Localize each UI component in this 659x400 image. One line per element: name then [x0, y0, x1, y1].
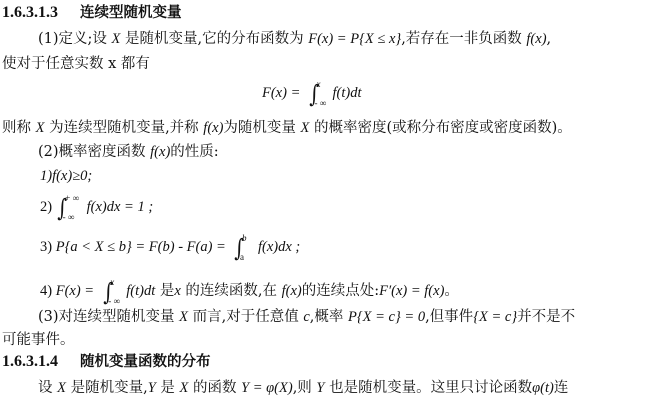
definition-formula: F(x) = ∫x- ∞f(t)dt [262, 84, 362, 103]
text: 也是随机变量。这里只讨论函数 [325, 380, 533, 396]
text: ,概率 [310, 309, 348, 325]
text: 则称 [2, 120, 36, 136]
integral-limits: x- ∞ [317, 84, 335, 102]
math-expr: F(x) = P{X ≤ x} [308, 31, 401, 47]
math-expr: F′(x) = f(x) [379, 283, 444, 299]
integral-limits: + ∞- ∞ [65, 198, 83, 216]
text: (1)定义;设 [38, 31, 112, 47]
math-rhs: f(t)dt [333, 85, 362, 101]
text: 连 [554, 380, 569, 396]
math-expr: φ(t) [532, 380, 554, 396]
text: 为随机变量 [223, 120, 300, 136]
upper-limit: x [110, 273, 114, 291]
lower-limit: - ∞ [63, 208, 75, 226]
math-expr: f(x) [282, 283, 302, 299]
text: 为连续型随机变量,并称 [44, 120, 203, 136]
section-heading-continuous-rv: 1.6.3.1.3连续型随机变量 [2, 4, 182, 22]
property-2: 2)∫+ ∞- ∞f(x)dx = 1 ; [40, 198, 153, 217]
section-title: 连续型随机变量 [80, 4, 182, 21]
text: ,但事件 [425, 309, 473, 325]
text: 的性质: [170, 144, 218, 160]
text: 的连续点处: [302, 283, 379, 299]
math-var: Y [316, 380, 324, 396]
definition-line-3: 则称 X 为连续型随机变量,并称 f(x)为随机变量 X 的概率密度(或称分布密… [2, 119, 572, 137]
math-expr: 1)f(x)≥0; [40, 168, 92, 184]
math-var: Y [148, 380, 156, 396]
note-3-line-1: (3)对连续型随机变量 X 而言,对于任意值 c,概率 P{X = c} = 0… [38, 308, 575, 326]
text: 设 [38, 380, 57, 396]
text: ,则 [293, 380, 317, 396]
section-title: 随机变量函数的分布 [80, 353, 211, 370]
math-var: X [179, 309, 188, 325]
text: 是 [156, 380, 180, 396]
integral-limits: x- ∞ [110, 282, 128, 300]
section-number: 1.6.3.1.4 [2, 353, 58, 370]
math-expr: f(x) [150, 144, 170, 160]
lower-limit: a [240, 248, 244, 266]
math-rhs: f(x)dx ; [258, 239, 300, 255]
math-lhs: P{a < X ≤ b} = F(b) - F(a) = [56, 239, 230, 255]
text: (2)概率密度函数 [38, 144, 150, 160]
section-number: 1.6.3.1.3 [2, 4, 58, 21]
section-heading-function-distribution: 1.6.3.1.4随机变量函数的分布 [2, 353, 211, 371]
item-label: 2) [40, 199, 52, 215]
math-var: X [179, 380, 188, 396]
item-label: 4) [40, 283, 56, 299]
item-label: 3) [40, 239, 56, 255]
math-lhs: F(x) = [56, 283, 98, 299]
text: (3)对连续型随机变量 [38, 309, 179, 325]
text: 并不是不 [517, 309, 575, 325]
math-expr: Y = φ(X) [241, 380, 293, 396]
math-expr: P{X = c} = 0 [348, 309, 425, 325]
math-rhs: f(x)dx = 1 ; [87, 199, 154, 215]
property-4: 4) F(x) = ∫x- ∞f(t)dt 是x 的连续函数,在 f(x)的连续… [40, 282, 459, 301]
text: 的概率密度(或称分布密度或密度函数)。 [309, 120, 571, 136]
text: 是 [155, 283, 174, 299]
definition-line-1: (1)定义;设 X 是随机变量,它的分布函数为 F(x) = P{X ≤ x},… [38, 30, 551, 48]
math-expr: f(x) [526, 31, 546, 47]
text: 而言,对于任意值 [188, 309, 303, 325]
lower-limit: - ∞ [315, 94, 327, 112]
paragraph-function-of-rv: 设 X 是随机变量,Y 是 X 的函数 Y = φ(X),则 Y 也是随机变量。… [38, 379, 568, 397]
note-3-line-2: 可能事件。 [2, 331, 75, 349]
math-var: X [57, 380, 66, 396]
text: , [547, 31, 552, 47]
property-3: 3) P{a < X ≤ b} = F(b) - F(a) = ∫baf(x)d… [40, 238, 300, 257]
properties-heading: (2)概率密度函数 f(x)的性质: [38, 143, 219, 161]
upper-limit: x [317, 75, 321, 93]
upper-limit: b [242, 229, 247, 247]
text: 的连续函数,在 [181, 283, 282, 299]
integral-limits: ba [242, 238, 260, 256]
text: 。 [444, 283, 459, 299]
upper-limit: + ∞ [65, 189, 80, 207]
text: 的函数 [188, 380, 241, 396]
text: 是随机变量, [66, 380, 148, 396]
math-rhs: f(t)dt [126, 283, 155, 299]
definition-line-2: 使对于任意实数 x 都有 [2, 55, 150, 73]
text: ,若存在一非负函数 [401, 31, 526, 47]
math-expr: {X = c} [473, 309, 517, 325]
math-lhs: F(x) = [262, 85, 304, 101]
property-1: 1)f(x)≥0; [40, 167, 92, 185]
text: 是随机变量,它的分布函数为 [120, 31, 308, 47]
math-expr: f(x) [203, 120, 223, 136]
